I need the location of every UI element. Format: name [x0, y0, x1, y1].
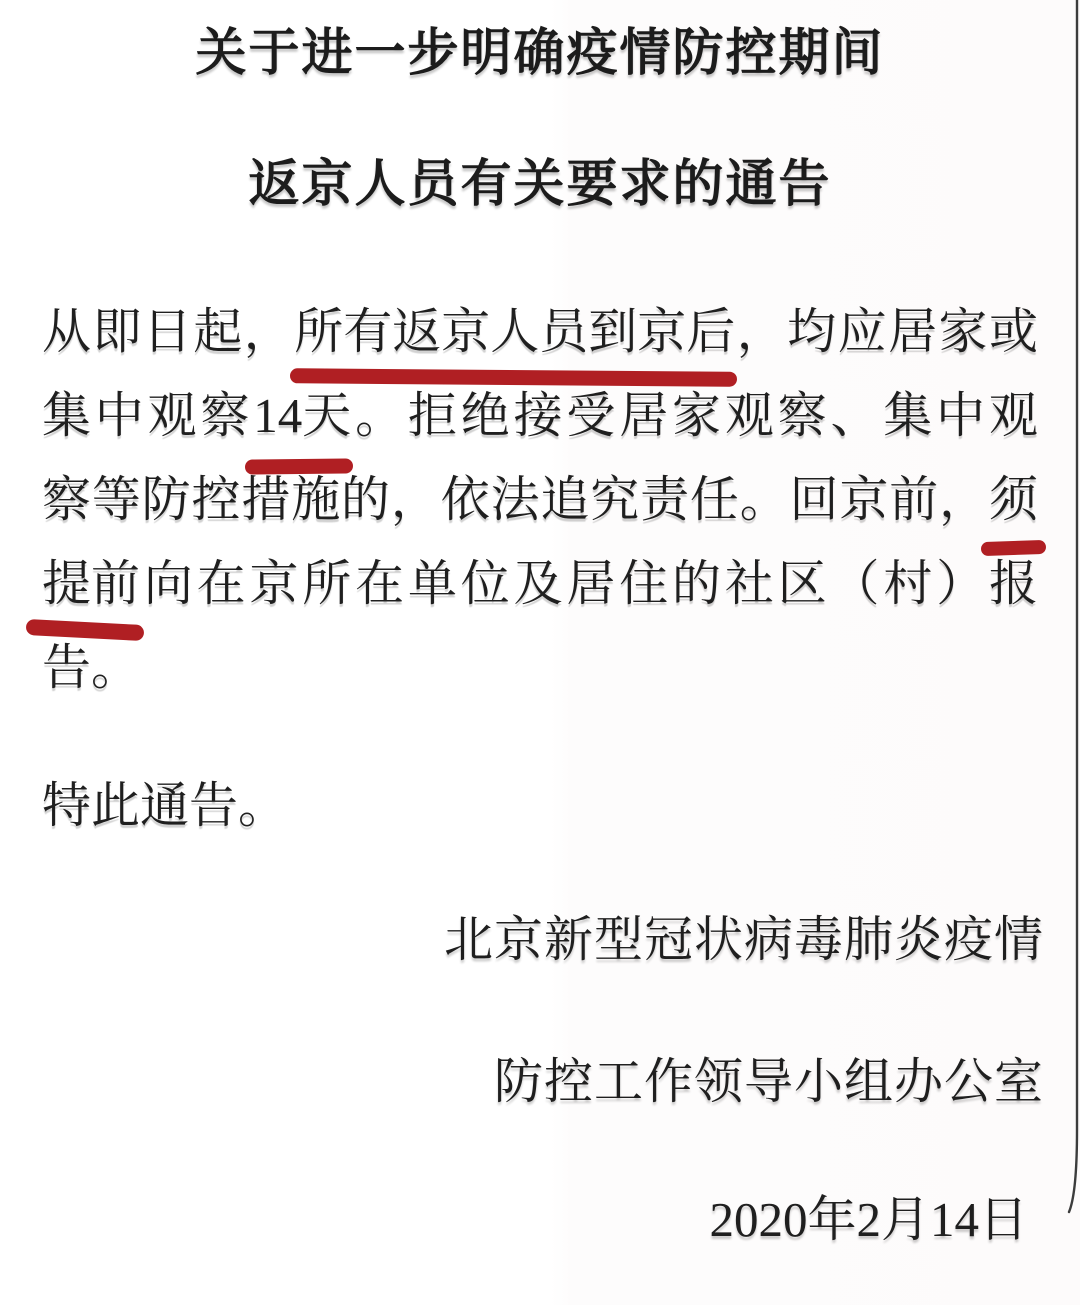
body-text: 集中观察	[42, 388, 253, 443]
body-text: 从即日起，	[42, 304, 294, 359]
notice-body: 从即日起，所有返京人员到京后，均应居家或 集中观察14天。拒绝接受居家观察、集中…	[0, 290, 1080, 710]
notice-date: 2020年2月14日	[0, 1178, 1080, 1262]
body-text: 察等防控措施的，依法追究责任。回京前，	[42, 472, 989, 527]
signature-org-line2: 防控工作领导小组办公室	[0, 1040, 1080, 1124]
notice-document: 关于进一步明确疫情防控期间 返京人员有关要求的通告 从即日起，所有返京人员到京后…	[0, 0, 1080, 1305]
body-text: 。拒绝接受居家观察、集中观	[351, 388, 1038, 443]
underlined-must: 须	[989, 458, 1038, 542]
body-text: 向在京所在单位及居住的社区（村）报	[140, 556, 1038, 611]
underlined-in-advance: 提前	[42, 542, 140, 626]
notice-title-line1: 关于进一步明确疫情防控期间	[0, 0, 1080, 89]
underlined-phrase-return-personnel: 所有返京人员到京后	[294, 290, 735, 374]
body-line-3: 察等防控措施的，依法追究责任。回京前，须	[42, 458, 1038, 542]
signature-org-line1: 北京新型冠状病毒肺炎疫情	[0, 898, 1080, 982]
body-line-5: 告。	[42, 626, 1038, 710]
closing-statement: 特此通告。	[0, 764, 1080, 848]
underlined-14-days: 14天	[253, 374, 351, 458]
body-line-2: 集中观察14天。拒绝接受居家观察、集中观	[42, 374, 1038, 458]
body-line-4: 提前向在京所在单位及居住的社区（村）报	[42, 542, 1038, 626]
notice-title-line2: 返京人员有关要求的通告	[0, 151, 1080, 220]
body-text: ，均应居家或	[735, 304, 1038, 359]
body-line-1: 从即日起，所有返京人员到京后，均应居家或	[42, 290, 1038, 374]
